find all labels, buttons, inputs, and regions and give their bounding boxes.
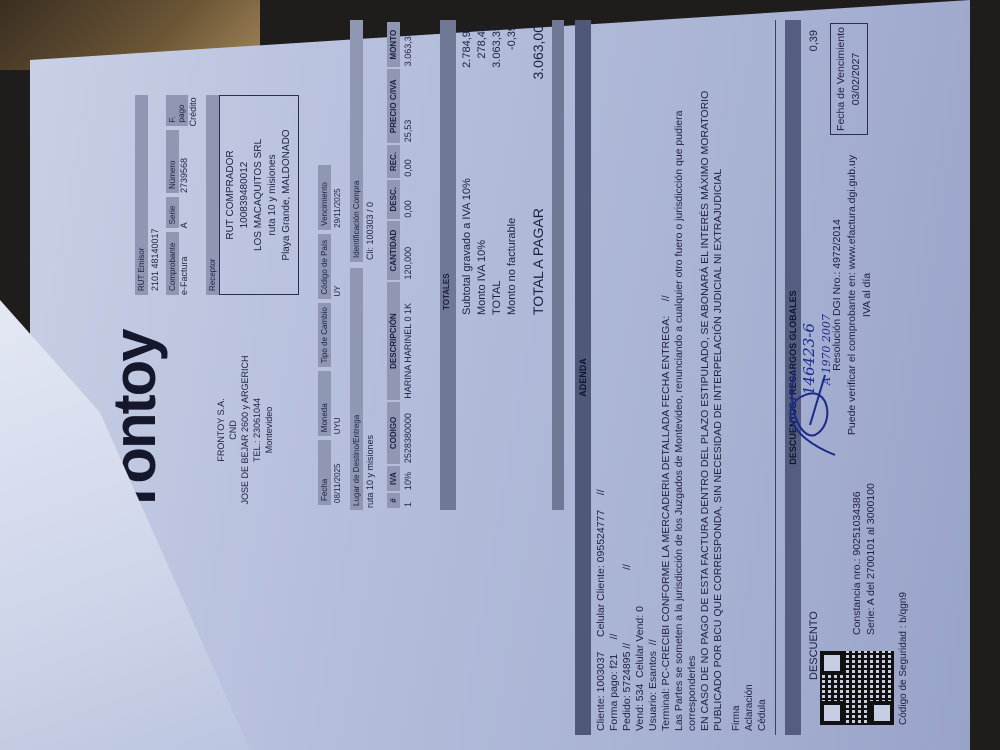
adenda-line: Pedido: 5724895 // // xyxy=(621,21,634,731)
purchase-id-label: Identificación Compra xyxy=(350,20,363,262)
totals-block: Subtotal gravado a IVA 10%2.784,90Monto … xyxy=(460,25,520,315)
issuer-branch: CND xyxy=(227,325,239,535)
adenda-lines: Cliente: 1003037 Celular Cliente: 095524… xyxy=(595,21,725,731)
items-header-cell: DESCRIPCIÓN xyxy=(387,282,400,399)
info-cell: Tipo de Cambio xyxy=(318,303,344,368)
serie-label: Serie xyxy=(166,197,179,228)
items-header-cell: CANTIDAD xyxy=(387,221,400,281)
firma-label: Firma xyxy=(730,684,743,731)
issuer-city: Montevideo xyxy=(263,325,275,535)
items-header-cell: DESC. xyxy=(387,180,400,219)
adenda-line: Terminal: PC-CRECIBI CONFORME LA MERCADE… xyxy=(660,21,673,731)
info-row: Fecha08/11/2025MonedaUYUTipo de CambioCó… xyxy=(318,165,344,505)
adenda-line: Cliente: 1003037 Celular Cliente: 095524… xyxy=(595,21,608,731)
totals-line: Monto IVA 10%278,49 xyxy=(475,25,490,315)
receiver-name: LOS MACAQUITOS SRL xyxy=(252,100,266,290)
due-date-label: Fecha de Vencimiento xyxy=(834,24,849,134)
discount-label: DESCUENTO xyxy=(808,611,820,680)
iva-al-dia: IVA al día xyxy=(860,145,875,445)
total-payable-value: 3.063,00 xyxy=(530,25,546,80)
items-header-cell: CODIGO xyxy=(387,402,400,464)
adenda-line: EN CASO DE NO PAGO DE ESTA FACTURA DENTR… xyxy=(699,21,712,731)
info-cell: MonedaUYU xyxy=(318,371,344,436)
document-header: RUT Emisor 2101 48140017 Comprobantee-Fa… xyxy=(135,95,299,295)
verificar-link[interactable]: Puede verificar el comprobante en: www.e… xyxy=(845,145,860,445)
issuer-name: FRONTOY S.A. xyxy=(215,325,227,535)
total-payable: TOTAL A PAGAR 3.063,00 xyxy=(530,25,546,315)
forma-pago-label: F. pago xyxy=(166,95,188,126)
resolucion: Resolución DGI Nro.: 4972/2014 xyxy=(830,145,845,445)
totals-line: Subtotal gravado a IVA 10%2.784,90 xyxy=(460,25,475,315)
totals-bar: TOTALES xyxy=(440,20,456,510)
items-table: #IVACODIGODESCRIPCIÓNCANTIDADDESC.REC.PR… xyxy=(385,20,416,510)
numero-label: Número xyxy=(166,130,179,193)
adenda-line: Usuario: Esantos // xyxy=(647,21,660,731)
qr-code xyxy=(820,651,894,725)
due-date-value: 03/02/2027 xyxy=(849,24,864,134)
info-cell: Fecha08/11/2025 xyxy=(318,440,344,505)
items-header-cell: REC. xyxy=(387,145,400,178)
security-code: Código de Seguridad : b/qgn9 xyxy=(898,592,909,725)
adenda-line: Vend: 534 Celular Vend: 0 xyxy=(634,21,647,731)
receiver-box: RUT COMPRADOR 100839480012 LOS MACAQUITO… xyxy=(219,95,299,295)
footer-center: Resolución DGI Nro.: 4972/2014 Puede ver… xyxy=(830,145,875,445)
due-date-box: Fecha de Vencimiento 03/02/2027 xyxy=(830,23,868,135)
totals-line: Monto no facturable-0,39 xyxy=(505,25,520,315)
serie: A xyxy=(179,197,189,228)
table-row: 110%2528380000HARINA HARINEL 0 1K120,000… xyxy=(402,22,414,508)
issuer-address: JOSE DE BEJAR 2600 y ARGERICH xyxy=(239,325,251,535)
destination-row: Lugar de Destino/Entregaruta 10 y mision… xyxy=(350,20,377,510)
items-header-cell: MONTO xyxy=(387,22,400,67)
issuer-phone: TEL.: 23061044 xyxy=(251,325,263,535)
purchase-id-value: Cli: 100303 / 0 xyxy=(363,20,377,262)
numero: 2739568 xyxy=(179,130,189,193)
totals-label: TOTALES xyxy=(442,273,451,510)
rut-emisor: 2101 48140017 xyxy=(148,95,162,295)
aclaracion-label: Aclaración xyxy=(743,684,756,731)
info-cell: Código de PaísUY xyxy=(318,234,344,299)
handwritten-note-1: 146423-6 xyxy=(800,323,818,395)
adenda-line: Forma pago: f21 // xyxy=(608,21,621,731)
totals-line: TOTAL3.063,39 xyxy=(490,25,505,315)
tipo: e-Factura xyxy=(179,232,189,295)
cedula-label: Cédula xyxy=(756,684,769,731)
total-payable-label: TOTAL A PAGAR xyxy=(530,208,546,315)
forma-pago: Crédito xyxy=(188,95,198,126)
receiver-city: Playa Grande, MALDONADO xyxy=(280,100,294,290)
receiver-rut-label: RUT COMPRADOR xyxy=(224,100,238,290)
items-header-cell: IVA xyxy=(387,466,400,491)
adenda-title: ADENDA xyxy=(575,20,591,735)
adenda-line: corresponderles xyxy=(686,21,699,731)
receiver-rut: 100839480012 xyxy=(238,100,252,290)
adenda-line: PUBLICADO POR BCU QUE CORRESPONDA, SIN N… xyxy=(712,21,725,731)
receiver-address: ruta 10 y misiones xyxy=(266,100,280,290)
discount-value: 0,39 xyxy=(808,30,820,51)
items-header-cell: # xyxy=(387,493,400,508)
receiver-label: Receptor xyxy=(206,95,219,295)
rut-emisor-label: RUT Emisor xyxy=(135,95,148,295)
destination-label: Lugar de Destino/Entrega xyxy=(350,268,363,510)
tipo-label: Comprobante xyxy=(166,232,179,295)
destination-value: ruta 10 y misiones xyxy=(363,268,377,510)
signature-fields: Firma Aclaración Cédula xyxy=(730,684,769,731)
info-cell: Vencimiento29/11/2025 xyxy=(318,165,344,230)
adenda-line: Las Partes se someten a la jurisdicción … xyxy=(673,21,686,731)
totals-bottom-bar xyxy=(552,20,564,510)
items-header-cell: PRECIO C/IVA xyxy=(387,69,400,143)
issuer-block: FRONTOY S.A. CND JOSE DE BEJAR 2600 y AR… xyxy=(215,325,275,535)
